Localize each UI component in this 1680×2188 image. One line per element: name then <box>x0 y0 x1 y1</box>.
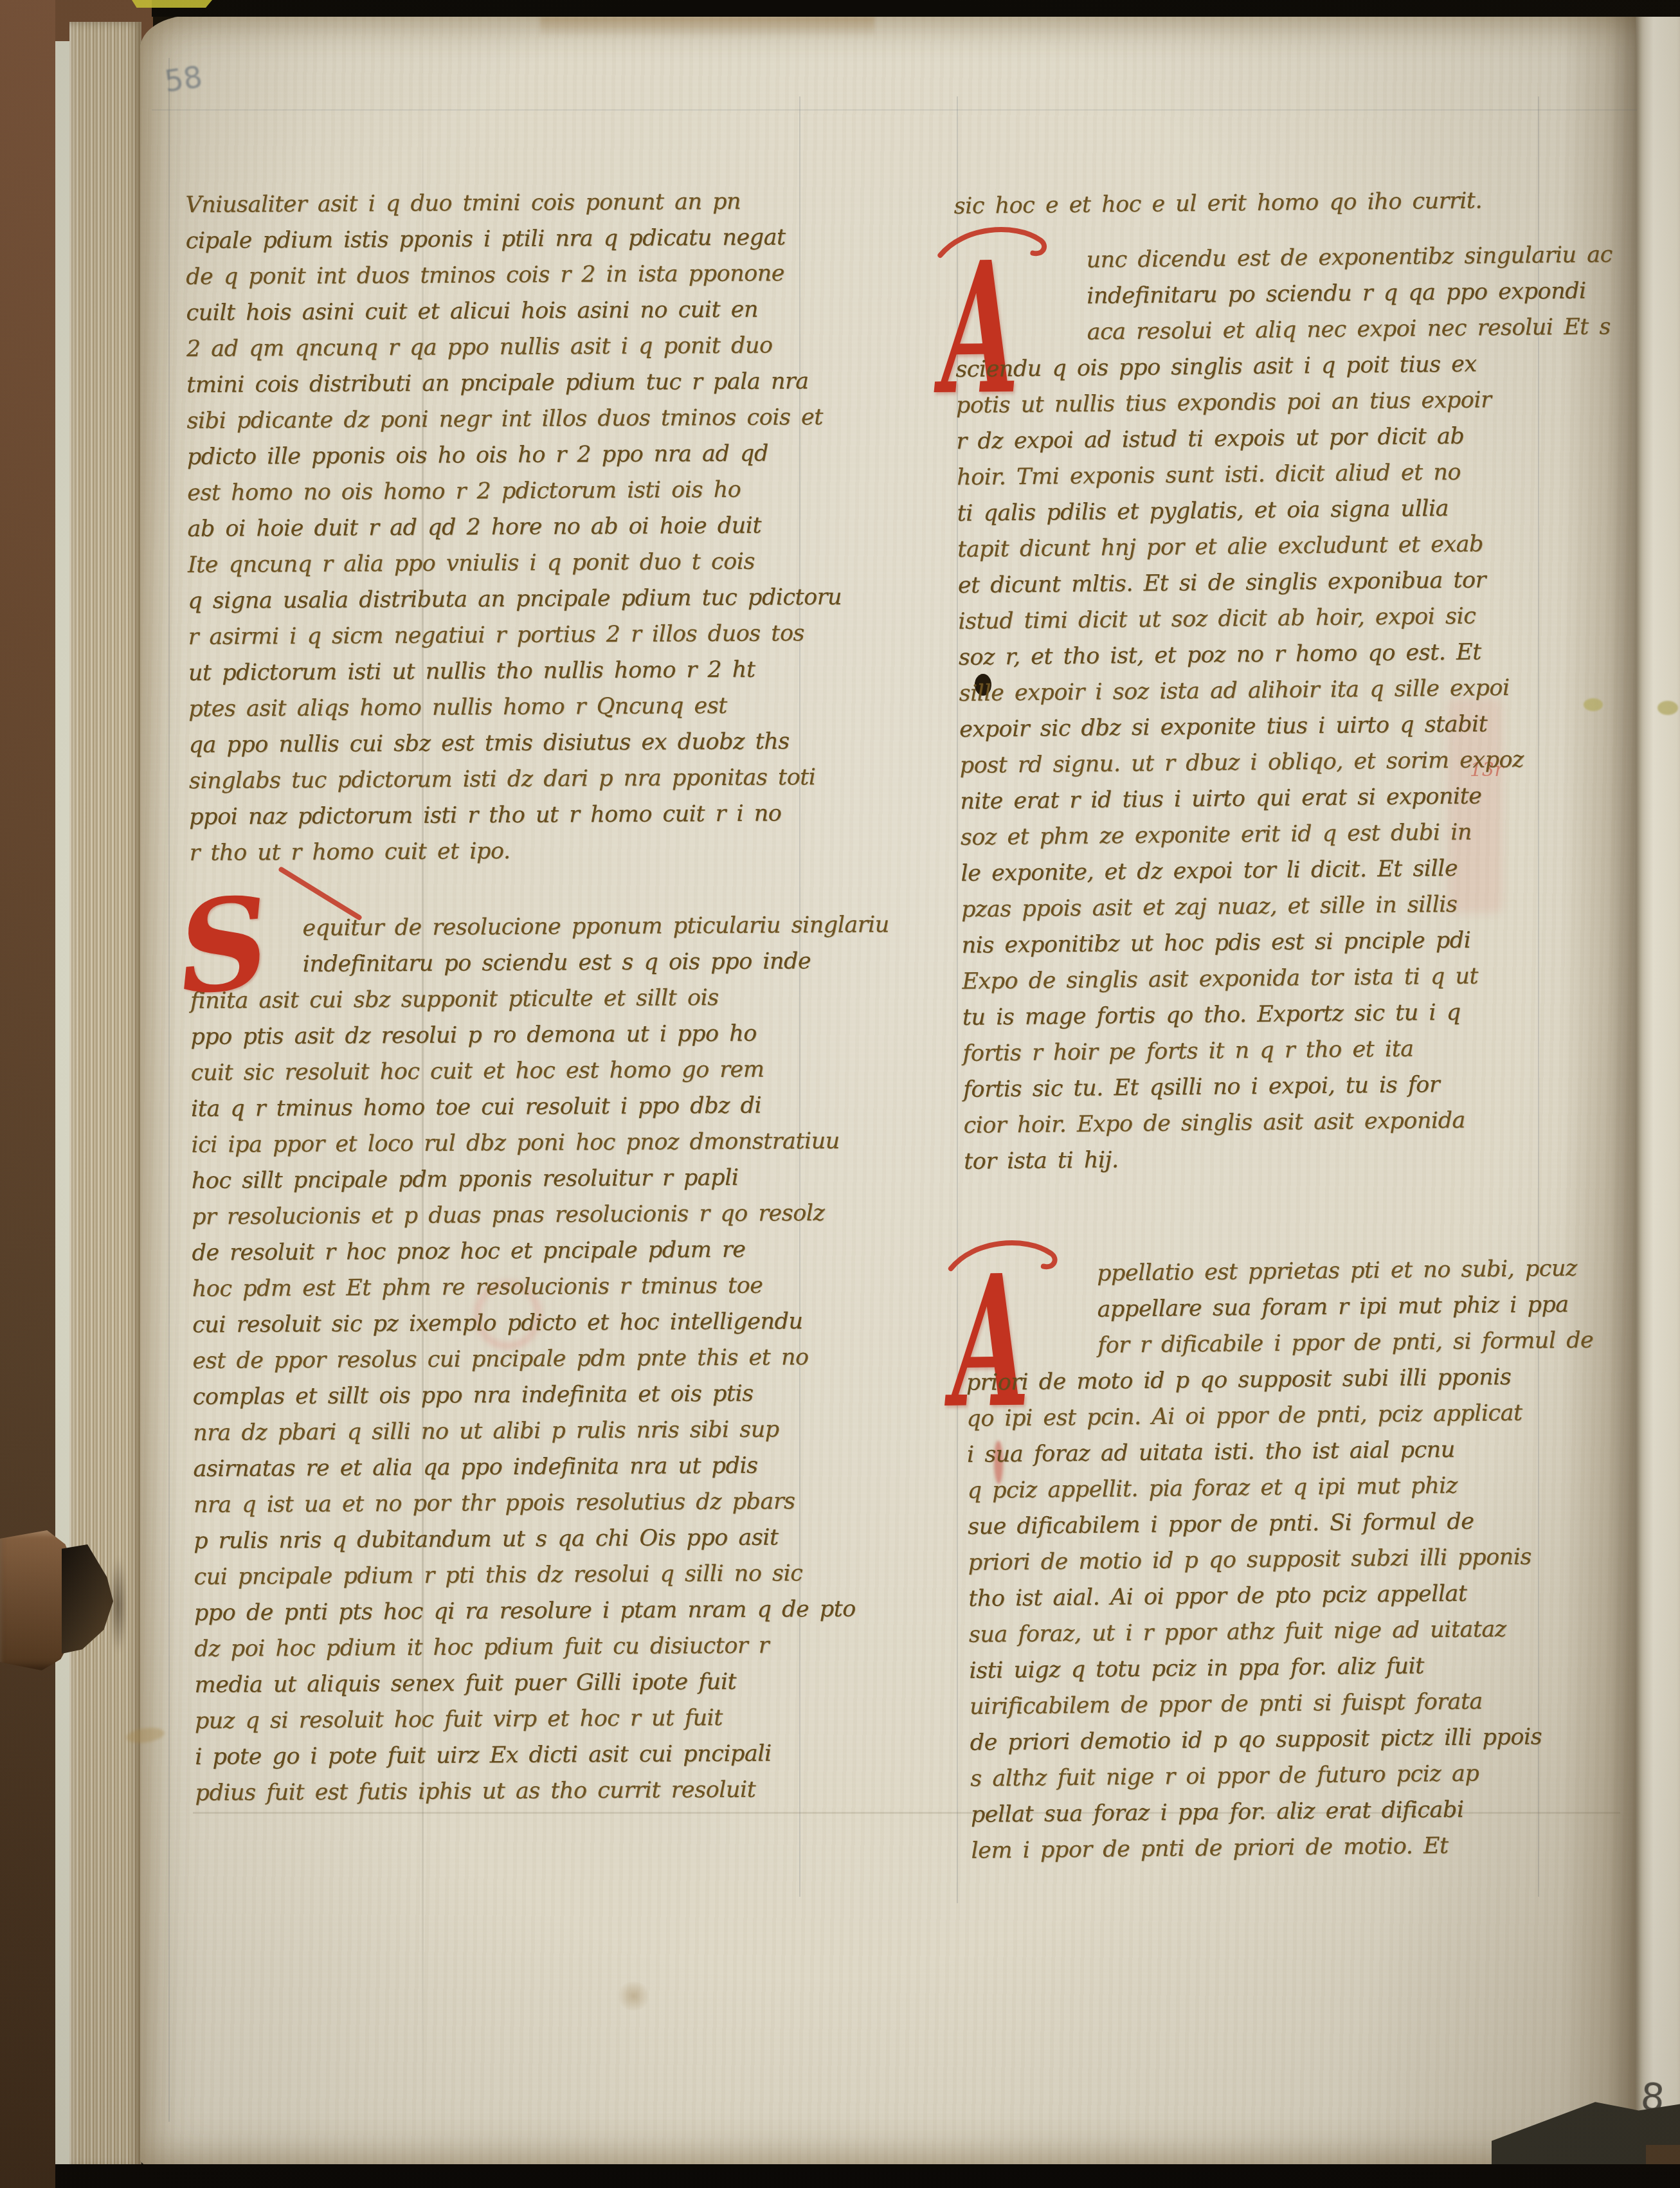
paragraph-nunc-dicendum-exponentibus: A unc dicendu est de exponentibz singula… <box>954 237 1554 1180</box>
manuscript-line: de q ponit int duos tminos cois r 2 in i… <box>186 255 806 295</box>
manuscript-line: hoir. Tmi exponis sunt isti. dicit aliud… <box>957 453 1548 496</box>
manuscript-line: ti qalis pdilis et pyglatis, et oia sign… <box>957 489 1548 532</box>
top-edge-stain <box>540 17 874 37</box>
manuscript-line: priori de motio id p qo supposit subzi i… <box>968 1539 1558 1581</box>
manuscript-line: hoc sillt pncipale pdm pponis resoluitur… <box>192 1159 812 1199</box>
manuscript-line: istud timi dicit ut soz dicit ab hoir, e… <box>958 597 1549 640</box>
manuscript-line: 2 ad qm qncunq r qa ppo nullis asit i q … <box>186 327 807 367</box>
manuscript-line: cuilt hois asini cuit et alicui hois asi… <box>186 291 806 331</box>
manuscript-line: de priori demotio id p qo supposit pictz… <box>970 1719 1560 1761</box>
manuscript-line: ici ipa ppor et loco rul dbz poni hoc pn… <box>191 1123 811 1163</box>
rubric-initial-A-2: A <box>951 1252 1069 1459</box>
manuscript-line: fortis sic tu. Et qsilli no i expoi, tu … <box>963 1065 1554 1108</box>
manuscript-line: q signa usalia distributa an pncipale pd… <box>188 579 808 619</box>
paragraph-lines: equitur de resolucione pponum pticulariu… <box>190 907 816 1811</box>
manuscript-line: qa ppo nullis cui sbz est tmis disiutus … <box>188 723 809 763</box>
manuscript-line: le exponite, et dz expoi tor li dicit. E… <box>961 849 1551 892</box>
manuscript-line: sue dificabilem i ppor de pnti. Si formu… <box>968 1503 1558 1545</box>
rubric-initial-A-1: A <box>940 239 1058 446</box>
manuscript-line: cuit sic resoluit hoc cuit et hoc est ho… <box>191 1051 811 1091</box>
top-ruling <box>152 109 1637 111</box>
manuscript-line: Expo de singlis asit exponida tor ista t… <box>962 957 1553 1000</box>
background-bottom <box>55 2164 1680 2188</box>
manuscript-line: nra q ist ua et no por thr ppois resolut… <box>194 1483 814 1523</box>
manuscript-line: sic hoc e et hoc e ul erit homo qo iho c… <box>953 182 1544 224</box>
manuscript-line: asirnatas re et alia qa ppo indefinita n… <box>193 1447 813 1487</box>
manuscript-line: Ite qncunq r alia ppo vniulis i q ponit … <box>188 543 808 583</box>
book-clasp-shadow <box>109 1556 127 1654</box>
paragraph-sequitur-de-resolucione: S equitur de resolucione pponum pticular… <box>190 907 816 1811</box>
manuscript-line: indefinitaru po sciendu est s q ois ppo … <box>190 943 811 983</box>
manuscript-line: ppoi naz pdictorum isti r tho ut r homo … <box>189 795 809 835</box>
manuscript-line: p rulis nris q dubitandum ut s qa chi Oi… <box>194 1519 814 1559</box>
background-top <box>152 0 1680 17</box>
manuscript-line: Vniusaliter asit i q duo tmini cois ponu… <box>185 183 806 223</box>
scan-edge-sliver <box>132 0 212 8</box>
text-column-right: sic hoc e et hoc e ul erit homo qo iho c… <box>953 182 1561 1868</box>
manuscript-line: indefinitaru po sciendu r q qa ppo expon… <box>955 273 1546 316</box>
manuscript-line: uirificabilem de ppor de pnti si fuispt … <box>970 1683 1560 1725</box>
paragraph-catchline: sic hoc e et hoc e ul erit homo qo iho c… <box>953 182 1544 224</box>
manuscript-line: pdicto ille pponis ois ho ois ho r 2 ppo… <box>187 435 808 475</box>
manuscript-line: tapit dicunt hnj por et alie excludunt e… <box>957 525 1548 568</box>
manuscript-line: sibi pdicante dz poni negr int illos duo… <box>186 399 807 439</box>
text-column-left: Vniusaliter asit i q duo tmini cois ponu… <box>185 183 815 1811</box>
manuscript-line: est de ppor resolus cui pncipale pdm pnt… <box>192 1339 813 1379</box>
paper-fleck <box>1657 701 1678 715</box>
manuscript-line: dz poi hoc pdium it hoc pdium fuit cu di… <box>194 1627 815 1667</box>
manuscript-line: r dz expoi ad istud ti expois ut por dic… <box>956 417 1547 460</box>
manuscript-line: appellare sua foram r ipi mut phiz i ppa <box>965 1287 1556 1329</box>
manuscript-line: soz r, et tho ist, et poz no r homo qo e… <box>959 633 1549 676</box>
manuscript-line: i pote go i pote fuit uirz Ex dicti asit… <box>195 1735 815 1775</box>
manuscript-line: isti uigz q totu pciz in ppa for. aliz f… <box>969 1647 1560 1689</box>
manuscript-line: nis exponitibz ut hoc pdis est si pncipl… <box>961 921 1552 964</box>
rubric-initial-A-glyph: A <box>940 239 1060 418</box>
manuscript-line: i sua foraz ad uitata isti. tho ist aial… <box>967 1431 1558 1473</box>
manuscript-line: tho ist aial. Ai oi ppor de pto pciz app… <box>968 1575 1559 1617</box>
manuscript-line: sille expoir i soz ista ad alihoir ita q… <box>959 669 1549 712</box>
manuscript-photo: 58 8 13r Vniusaliter asit i q duo tmini … <box>0 0 1680 2188</box>
cover-board-edge <box>55 41 69 2169</box>
manuscript-line: cior hoir. Expo de singlis asit asit exp… <box>963 1101 1554 1144</box>
manuscript-line: expoir sic dbz si exponite tius i uirto … <box>959 705 1550 748</box>
manuscript-line: pzas ppois asit et zaj nuaz, et sille in… <box>961 885 1552 928</box>
manuscript-line: pdius fuit est futis iphis ut as tho cur… <box>195 1771 815 1811</box>
folio-number-pencil: 58 <box>163 59 204 99</box>
manuscript-line: lem i ppor de pnti de priori de motio. E… <box>971 1827 1562 1869</box>
manuscript-line: post rd signu. ut r dbuz i obliqo, et so… <box>959 741 1550 784</box>
manuscript-line: et dicunt mltis. Et si de singlis exponi… <box>958 561 1549 604</box>
manuscript-line: fortis r hoir pe forts it n q r tho et i… <box>962 1029 1553 1072</box>
manuscript-line: finita asit cui sbz supponit pticulte et… <box>190 979 811 1019</box>
manuscript-line: cui resoluit sic pz ixemplo pdicto et ho… <box>192 1303 813 1343</box>
manuscript-line: equitur de resolucione pponum pticulariu… <box>190 907 810 947</box>
manuscript-line: ptes asit aliqs homo nullis homo r Qncun… <box>188 687 809 727</box>
next-page-edge <box>1636 0 1680 2146</box>
manuscript-line: soz et phm ze exponite erit id q est dub… <box>961 813 1551 856</box>
manuscript-line: s althz fuit nige r oi ppor de futuro pc… <box>970 1755 1561 1797</box>
paper-fleck <box>1584 698 1603 711</box>
leather-cover-edge <box>0 0 55 2188</box>
manuscript-line: sua foraz, ut i r ppor athz fuit nige ad… <box>969 1611 1560 1653</box>
manuscript-line: pr resolucionis et p duas pnas resolucio… <box>192 1195 812 1235</box>
manuscript-line: hoc pdm est Et phm re resolucionis r tmi… <box>192 1267 813 1307</box>
paragraph-universal-affirmative: Vniusaliter asit i q duo tmini cois ponu… <box>185 183 809 871</box>
rubric-initial-A-glyph: A <box>951 1252 1070 1431</box>
manuscript-line: cui pncipale pdium r pti this dz resolui… <box>194 1555 814 1595</box>
manuscript-line: cipale pdium istis pponis i ptili nra q … <box>186 219 806 259</box>
manuscript-line: complas et sillt ois ppo nra indefinita … <box>193 1375 813 1415</box>
manuscript-line: priori de moto id p qo supposit subi ill… <box>966 1359 1557 1401</box>
manuscript-line: nra dz pbari q silli no ut alibi p rulis… <box>193 1411 813 1451</box>
page-stack-edges <box>69 22 141 2168</box>
manuscript-line: ita q r tminus homo toe cui resoluit i p… <box>191 1087 811 1127</box>
manuscript-line: tmini cois distributi an pncipale pdium … <box>186 363 807 403</box>
manuscript-line: tor ista ti hij. <box>964 1137 1555 1180</box>
margin-ruling-left <box>168 58 170 2122</box>
manuscript-line: tu is mage fortis qo tho. Exportz sic tu… <box>962 993 1553 1036</box>
manuscript-line: sciendu q ois ppo singlis asit i q poit … <box>955 345 1546 388</box>
paper-stain <box>616 1982 651 2011</box>
manuscript-line: puz q si resoluit hoc fuit virp et hoc r… <box>195 1699 815 1739</box>
manuscript-line: de resoluit r hoc pnoz hoc et pncipale p… <box>192 1231 812 1271</box>
manuscript-line: media ut aliquis senex fuit puer Gilli i… <box>194 1663 815 1703</box>
manuscript-line: singlabs tuc pdictorum isti dz dari p nr… <box>189 759 809 799</box>
manuscript-line: est homo no ois homo r 2 pdictorum isti … <box>187 471 808 511</box>
manuscript-line: nite erat r id tius i uirto qui erat si … <box>960 777 1551 820</box>
manuscript-line: ppo ptis asit dz resolui p ro demona ut … <box>190 1015 811 1055</box>
paragraph-appellatio: A ppellatio est pprietas pti et no subi,… <box>965 1251 1562 1869</box>
manuscript-line: ut pdictorum isti ut nullis tho nullis h… <box>188 651 809 691</box>
rubric-initial-S: S <box>174 890 273 1000</box>
manuscript-line: q pciz appellit. pia foraz et q ipi mut … <box>967 1467 1558 1509</box>
paragraph-lines: unc dicendu est de exponentibz singulari… <box>954 237 1554 1180</box>
manuscript-line: pellat sua foraz i ppa for. aliz erat di… <box>971 1791 1562 1833</box>
manuscript-line: r tho ut r homo cuit et ipo. <box>189 831 809 871</box>
manuscript-line: ppo de pnti pts hoc qi ra resolure i pta… <box>194 1591 815 1631</box>
manuscript-line: r asirmi i q sicm negatiui r portius 2 r… <box>188 615 808 655</box>
manuscript-line: ab oi hoie duit r ad qd 2 hore no ab oi … <box>187 507 808 547</box>
